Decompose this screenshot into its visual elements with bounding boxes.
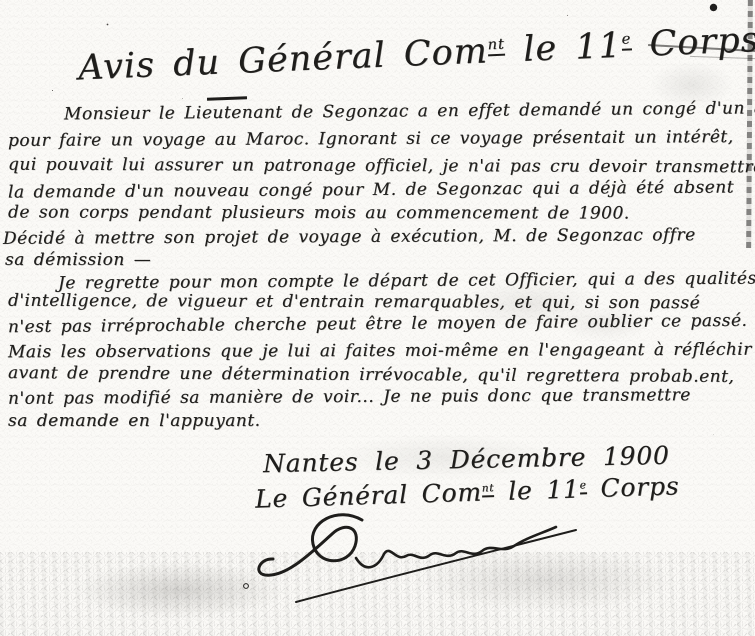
body-line: sa démission — [5, 250, 151, 270]
body-line: pour faire un voyage au Maroc. Ignorant … [8, 127, 734, 151]
document-title: Avis du Général Comnt le 11e Corps. [77, 19, 755, 88]
signature-underline-stroke [296, 530, 576, 602]
body-line: d'intelligence, de vigueur et d'entrain … [8, 291, 700, 313]
signoff-text: le 11 [494, 474, 580, 506]
body-line-text: Monsieur le Lieutenant de Segonzac a en … [64, 98, 755, 124]
body-line: n'est pas irréprochable cherche peut êtr… [8, 311, 748, 337]
body-line: n'ont pas modifié sa manière de voir... … [8, 385, 691, 409]
title-divider [207, 96, 247, 100]
body-line: qui pouvait lui assurer un patronage off… [8, 155, 755, 178]
body-line: avant de prendre une détermination irrév… [8, 363, 734, 387]
title-text: le 11 [504, 26, 622, 71]
body-line: de son corps pendant plusieurs mois au c… [8, 202, 630, 223]
title-text: Avis du Général Com [77, 31, 488, 88]
title-text: Corps. [631, 19, 755, 65]
signoff-text: Corps [586, 471, 680, 503]
body-line: Monsieur le Lieutenant de Segonzac a en … [64, 98, 755, 125]
body-line: Je regrette pour mon compte le départ de… [58, 269, 755, 294]
document-page: Avis du Général Comnt le 11e Corps. Mons… [0, 0, 755, 636]
ink-specks [0, 0, 3, 3]
body-line: sa demande en l'appuyant. [8, 411, 261, 431]
body-line: Décidé à mettre son projet de voyage à e… [3, 225, 696, 249]
body-line: Mais les observations que je lui ai fait… [8, 340, 752, 363]
title-superscript: nt [487, 36, 505, 57]
signature-flourish: Renouard [210, 506, 595, 624]
signoff-superscript: nt [482, 482, 495, 497]
signature-ink-dot [244, 584, 249, 589]
body-line: la demande d'un nouveau congé pour M. de… [8, 177, 734, 202]
signature-capital-stroke [259, 515, 362, 575]
